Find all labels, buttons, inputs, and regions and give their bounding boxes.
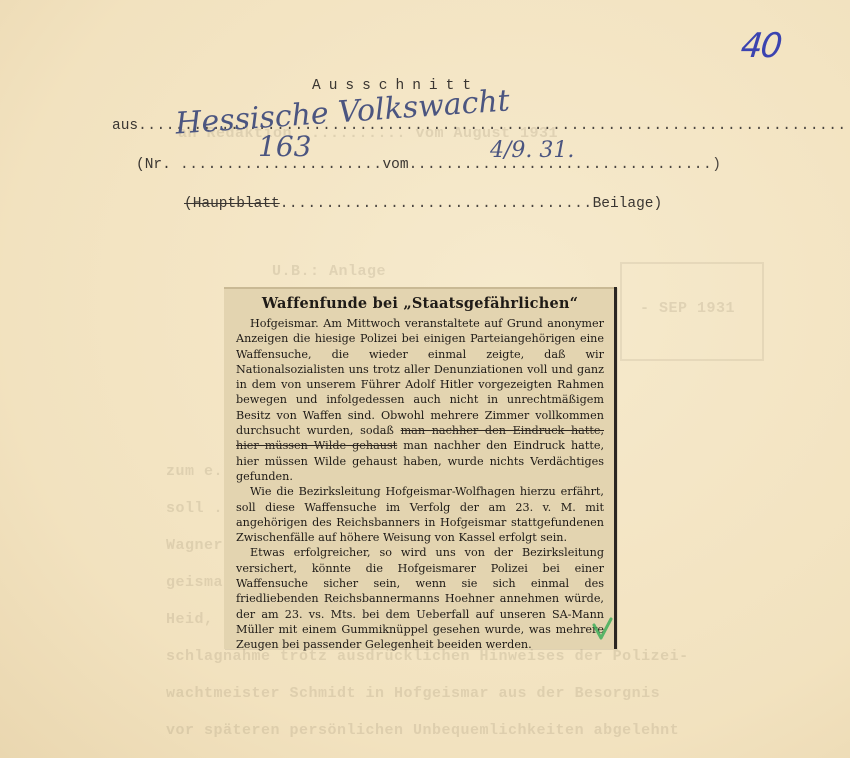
nr-label: (Nr.: [136, 157, 171, 173]
clipping-headline: Waffenfunde bei „Staatsgefährlichen“: [236, 295, 604, 312]
hauptblatt-label: (Hauptblatt: [184, 196, 280, 212]
bleed-through-line: U.B.: Anlage: [272, 263, 386, 280]
bleed-through-line: - SEP 1931: [640, 300, 735, 317]
bleed-through-line: vor späteren persönlichen Unbequemlichke…: [166, 722, 679, 739]
folio-number: 40: [739, 26, 782, 66]
hauptblatt-dots: ..................................: [280, 196, 593, 212]
clipping-paragraph-3: Etwas erfolgreicher, so wird uns von der…: [236, 545, 604, 652]
issue-number-handwritten: 163: [258, 130, 311, 163]
hauptblatt-line: (Hauptblatt.............................…: [184, 196, 662, 212]
newspaper-clipping: Waffenfunde bei „Staatsgefährlichen“ Hof…: [224, 287, 617, 649]
archival-document-page: an Redaktion ........... vom August 1931…: [0, 0, 850, 758]
clipping-paragraph-2: Wie die Bezirksleitung Hofgeismar-Wolfha…: [236, 484, 604, 545]
bleed-through-line: wachtmeister Schmidt in Hofgeismar aus d…: [166, 685, 660, 702]
aus-label: aus: [112, 118, 138, 134]
paragraph-1-text: Hofgeismar. Am Mittwoch veranstaltete au…: [236, 317, 604, 437]
clipping-paragraph-1: Hofgeismar. Am Mittwoch veranstaltete au…: [236, 316, 604, 484]
issue-date-handwritten: 4/9. 31.: [490, 138, 574, 163]
green-check-mark-icon: [592, 617, 614, 641]
vom-label: vom: [382, 157, 408, 173]
beilage-label: Beilage): [593, 196, 663, 212]
clipping-top-rule: [224, 287, 614, 289]
nr-line: (Nr. ......................vom..........…: [136, 157, 721, 173]
